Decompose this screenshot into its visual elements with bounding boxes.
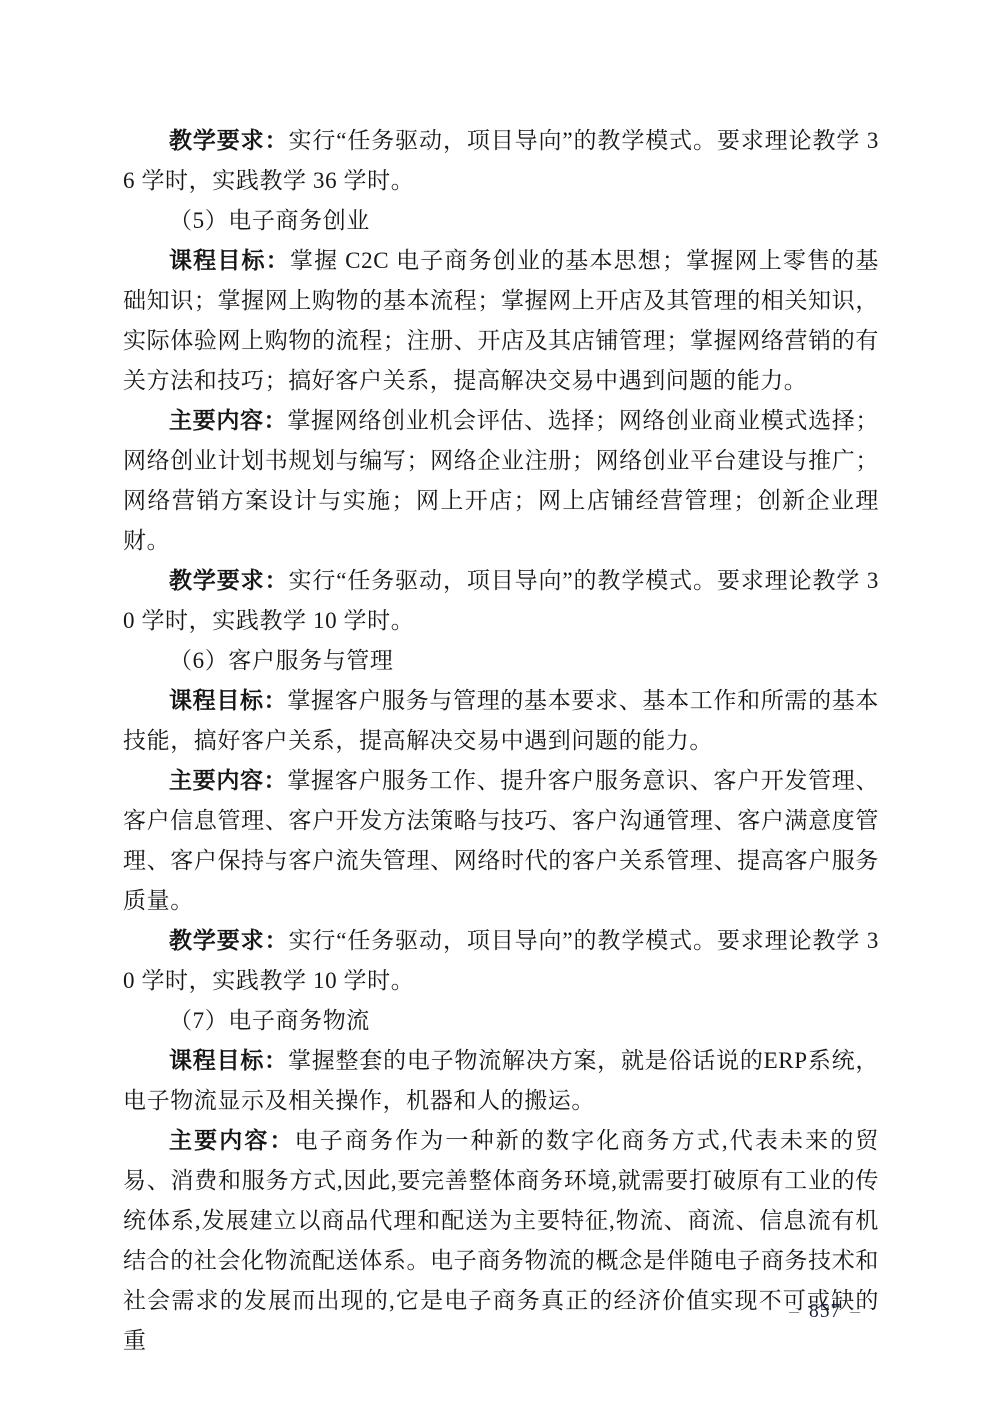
- paragraph-course-goal-5: 课程目标：掌握 C2C 电子商务创业的基本思想；掌握网上零售的基础知识；掌握网上…: [123, 241, 879, 401]
- paragraph-label: 主要内容：: [169, 408, 287, 433]
- page-number: –857–: [780, 1301, 870, 1323]
- paragraph-label: 教学要求：: [169, 568, 288, 593]
- document-page: 教学要求：实行“任务驱动，项目导向”的教学模式。要求理论教学 36 学时，实践教…: [0, 0, 1000, 1414]
- page-number-dash-right: –: [841, 1301, 870, 1322]
- section-heading-7: （7）电子商务物流: [123, 1001, 879, 1041]
- paragraph-text: 电子商务作为一种新的数字化商务方式,代表未来的贸易、消费和服务方式,因此,要完善…: [123, 1128, 879, 1353]
- paragraph-label: 课程目标：: [169, 248, 290, 273]
- paragraph-teaching-req-4: 教学要求：实行“任务驱动，项目导向”的教学模式。要求理论教学 36 学时，实践教…: [123, 121, 879, 201]
- paragraph-label: 课程目标：: [169, 1048, 288, 1073]
- paragraph-main-content-6: 主要内容：掌握客户服务工作、提升客户服务意识、客户开发管理、客户信息管理、客户开…: [123, 761, 879, 921]
- paragraph-teaching-req-6: 教学要求：实行“任务驱动，项目导向”的教学模式。要求理论教学 30 学时，实践教…: [123, 921, 879, 1001]
- paragraph-text: （6）客户服务与管理: [169, 648, 394, 673]
- paragraph-text: （7）电子商务物流: [169, 1008, 370, 1033]
- paragraph-label: 主要内容：: [169, 768, 287, 793]
- paragraph-course-goal-6: 课程目标：掌握客户服务与管理的基本要求、基本工作和所需的基本技能，搞好客户关系，…: [123, 681, 879, 761]
- section-heading-5: （5）电子商务创业: [123, 201, 879, 241]
- paragraph-main-content-7: 主要内容：电子商务作为一种新的数字化商务方式,代表未来的贸易、消费和服务方式,因…: [123, 1121, 879, 1361]
- page-number-value: 857: [809, 1301, 841, 1322]
- paragraph-teaching-req-5: 教学要求：实行“任务驱动，项目导向”的教学模式。要求理论教学 30 学时，实践教…: [123, 561, 879, 641]
- section-heading-6: （6）客户服务与管理: [123, 641, 879, 681]
- paragraph-label: 主要内容：: [169, 1128, 295, 1153]
- paragraph-course-goal-7: 课程目标：掌握整套的电子物流解决方案，就是俗话说的ERP系统，电子物流显示及相关…: [123, 1041, 879, 1121]
- paragraph-main-content-5: 主要内容：掌握网络创业机会评估、选择；网络创业商业模式选择；网络创业计划书规划与…: [123, 401, 879, 561]
- text-body: 教学要求：实行“任务驱动，项目导向”的教学模式。要求理论教学 36 学时，实践教…: [123, 121, 879, 1361]
- paragraph-label: 教学要求：: [169, 128, 288, 153]
- paragraph-label: 课程目标：: [169, 688, 287, 713]
- paragraph-label: 教学要求：: [169, 928, 288, 953]
- page-number-dash-left: –: [780, 1301, 809, 1322]
- paragraph-text: （5）电子商务创业: [169, 208, 370, 233]
